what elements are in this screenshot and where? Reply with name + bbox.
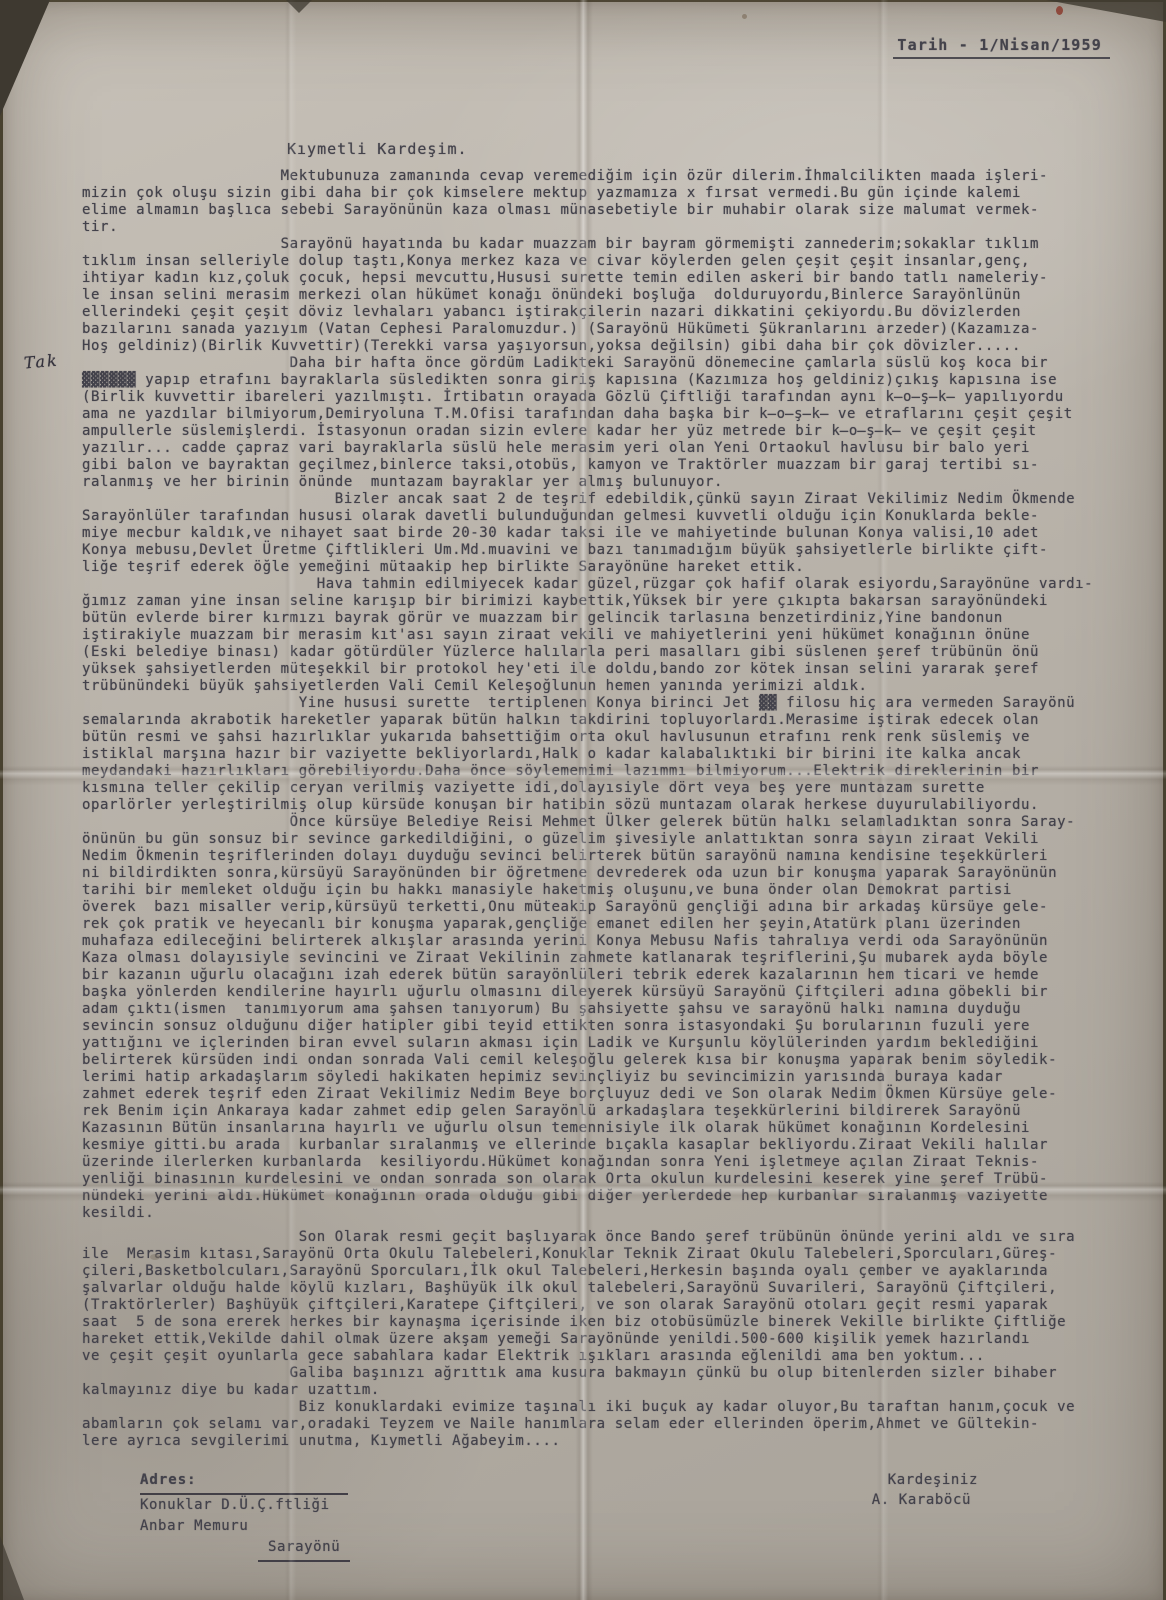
letter-content: Kıymetli Kardeşim. Mektubunuza zamanında… [0, 0, 1166, 1562]
signature-name: A. Karaböcü [872, 1490, 978, 1510]
letter-line: başka yönlerden kendilerine hayırlı uğur… [82, 984, 1128, 1001]
letter-line: Sarayönü hayatında bu kadar muazzam bir … [82, 236, 1128, 253]
letter-line: bir kazanın uğurlu olacağını izah ederek… [82, 967, 1128, 984]
letter-line: belirterek kürsüden indi ondan sonrada V… [82, 1052, 1128, 1069]
letter-line: rek çok pratik ve heyecanlı bir konuşma … [82, 916, 1128, 933]
letter-line: Bizler ancak saat 2 de teşrif edebildik,… [82, 491, 1128, 508]
letter-line: ni bildirdikten sonra,kürsüyü Sarayönünd… [82, 865, 1128, 882]
address-line: Konuklar D.Ü.Ç.ftliği [140, 1495, 350, 1516]
letter-line: yüksek şahsiyetlerden müteşekkil bir pro… [82, 661, 1128, 678]
letter-line: nündeki yerini aldı.Hükümet konağının or… [82, 1188, 1128, 1205]
letter-line: mizin çok oluşu sizin gibi daha bir çok … [82, 185, 1128, 202]
letter-photo: Tarih - 1/Nisan/1959 Kıymetli Kardeşim. … [0, 0, 1166, 1600]
letter-line: zahmet ederek teşrif eden Ziraat Vekilim… [82, 1086, 1128, 1103]
letter-line: överek bazı misaller verip,kürsüyü terke… [82, 899, 1128, 916]
letter-line: liğe teşrif ederek öğle yemeğini mütaaki… [82, 559, 1128, 576]
letter-line: ama ne yazdılar bilmiyorum,Demiryoluna T… [82, 406, 1128, 423]
letter-line: le insan selini merasim merkezi olan hük… [82, 287, 1128, 304]
letter-line: rek Benim için Ankaraya kadar zahmet edi… [82, 1103, 1128, 1120]
letter-line: bazılarını sanada yazıyım (Vatan Cephesi… [82, 321, 1128, 338]
paragraph: Mektubunuza zamanında cevap veremediğim … [82, 168, 1128, 236]
letter-line: abamların çok selamı var,oradaki Teyzem … [82, 1416, 1128, 1433]
address-label: Adres: [140, 1470, 348, 1495]
letter-line: Daha bir hafta önce gördüm Ladikteki Sar… [82, 355, 1128, 372]
letter-line: (Eski belediye binası) kadar götürdüler … [82, 644, 1128, 661]
letter-line: yattığını ve içlerinden biran evvel sula… [82, 1035, 1128, 1052]
address-block: Adres: Konuklar D.Ü.Ç.ftliği Anbar Memur… [140, 1470, 350, 1562]
letter-line: lere ayrıca sevgilerimi unutma, Kıymetli… [82, 1433, 1128, 1450]
letter-line: Yine hususi surette tertiplenen Konya bi… [82, 695, 1128, 712]
paragraph: Galiba başınızı ağrıttık ama kusura bakm… [82, 1365, 1128, 1399]
letter-line: ile Merasim kıtası,Sarayönü Orta Okulu T… [82, 1246, 1128, 1263]
letter-line: Kaza olması dolayısiyle sevincini ve Zir… [82, 950, 1128, 967]
letter-line: gibi balon ve bayraktan geçilmez,binlerc… [82, 457, 1128, 474]
letter-footer: Adres: Konuklar D.Ü.Ç.ftliği Anbar Memur… [82, 1470, 1128, 1562]
letter-line: yazılır... cadde çapraz vari bayraklarla… [82, 440, 1128, 457]
letter-line: Önce kürsüye Belediye Reisi Mehmet Ülker… [82, 814, 1128, 831]
letter-line: saat 5 de sona ererek herkes bir kaynaşm… [82, 1314, 1128, 1331]
letter-line: semalarında akrabotik hareketler yaparak… [82, 712, 1128, 729]
letter-line: ampullerle süslemişlerdi. İstasyonun ora… [82, 423, 1128, 440]
letter-line: trübünündeki büyük şahsiyetlerden Vali C… [82, 678, 1128, 695]
letter-line: tarihi bir memleket olduğu için bu hakkı… [82, 882, 1128, 899]
letter-line: kalmayınız diye bu kadar uzattım. [82, 1382, 1128, 1399]
letter-line: Galiba başınızı ağrıttık ama kusura bakm… [82, 1365, 1128, 1382]
letter-line: Son Olarak resmi geçit başlıyarak önce B… [82, 1229, 1128, 1246]
signature-role: Kardeşiniz [872, 1470, 978, 1490]
letter-line: (Traktörlerler) Başhüyük çiftçileri,Kara… [82, 1297, 1128, 1314]
letter-line: istiklal marşına hazır bir vaziyette bek… [82, 746, 1128, 763]
letter-line: ellerindeki çeşit çeşit döviz levhaları … [82, 304, 1128, 321]
letter-line: bütün evlerde birer kırmızı bayrak görür… [82, 610, 1128, 627]
letter-line: elime almamın başlıca sebebi Sarayönünün… [82, 202, 1128, 219]
letter-line: kesildi. [82, 1205, 1128, 1222]
letter-line: hareket ettik,Vekilde dahil olmak üzere … [82, 1331, 1128, 1348]
letter-line: bütün resmi ve şahsi hazırlıklar yukarıd… [82, 729, 1128, 746]
letter-line: Hava tahmin edilmiyecek kadar güzel,rüzg… [82, 576, 1128, 593]
letter-line: çileri,Basketbolcuları,Sarayönü Sporcula… [82, 1263, 1128, 1280]
letter-line: üzerinde ilerlerken kurbanlarda kesiliyo… [82, 1154, 1128, 1171]
paragraph: Son Olarak resmi geçit başlıyarak önce B… [82, 1229, 1128, 1365]
letter-line: şalvarlar olduğu halde köylü kızları, Ba… [82, 1280, 1128, 1297]
salutation: Kıymetli Kardeşim. [287, 140, 1128, 158]
letter-line: Biz konuklardaki evimize taşınalı iki bu… [82, 1399, 1128, 1416]
letter-line: Mektubunuza zamanında cevap veremediğim … [82, 168, 1128, 185]
letter-line: sevincin sonsuz olduğunu diğer hatipler … [82, 1018, 1128, 1035]
letter-line: adam çıktı(ismen tanımıyorum ama şahsen … [82, 1001, 1128, 1018]
letter-line: miye mecbur kaldık,ve nihayet saat birde… [82, 525, 1128, 542]
letter-line: (Birlik kuvvettir ibareleri yazılmıştı. … [82, 389, 1128, 406]
letter-line: lerimi hatip arkadaşlarım söyledi hakika… [82, 1069, 1128, 1086]
letter-line: ihtiyar kadın kız,çoluk çocuk, hepsi mev… [82, 270, 1128, 287]
letter-line: Konya mebusu,Devlet Üretme Çiftlikleri U… [82, 542, 1128, 559]
letter-line: Hoş geldiniz)(Birlik Kuvvettir)(Terekki … [82, 338, 1128, 355]
letter-line: kısmına teller çekilip ceryan verilmiş v… [82, 780, 1128, 797]
paragraph: Yine hususi surette tertiplenen Konya bi… [82, 695, 1128, 814]
letter-line: tir. [82, 219, 1128, 236]
letter-line: meydandaki hazırlıkları görebiliyordu.Da… [82, 763, 1128, 780]
letter-line: önünün bu gün sonsuz bir sevince garkedi… [82, 831, 1128, 848]
paragraph: Tak Daha bir hafta önce gördüm Ladikteki… [82, 355, 1128, 491]
letter-line: iştirakiyle muazzam bir merasim kıt'ası … [82, 627, 1128, 644]
address-line: Anbar Memuru [140, 1516, 350, 1537]
letter-line: tıklım insan selleriyle dolup taştı,Kony… [82, 253, 1128, 270]
letter-line: kesmiye gitti.bu arada kurbanlar sıralan… [82, 1137, 1128, 1154]
letter-line: ğımız zaman yine insan seline karışıp bi… [82, 593, 1128, 610]
letter-line: oparlörler yerleştirilmiş olup kürsüde k… [82, 797, 1128, 814]
letter-line: Kazasının Bütün insanlarına hayırlı ve u… [82, 1120, 1128, 1137]
paragraph: Sarayönü hayatında bu kadar muazzam bir … [82, 236, 1128, 355]
address-city: Sarayönü [258, 1537, 350, 1562]
letter-line: yenliği binasının kurdelesini ve ondan s… [82, 1171, 1128, 1188]
signature-block: Kardeşiniz A. Karaböcü [872, 1470, 978, 1562]
paragraph: Hava tahmin edilmiyecek kadar güzel,rüzg… [82, 576, 1128, 695]
paragraph: Önce kürsüye Belediye Reisi Mehmet Ülker… [82, 814, 1128, 1222]
letter-body: Mektubunuza zamanında cevap veremediğim … [82, 168, 1128, 1450]
paragraph: Biz konuklardaki evimize taşınalı iki bu… [82, 1399, 1128, 1450]
letter-line: muhafaza edileceğini belirterek alkışlar… [82, 933, 1128, 950]
paragraph: Bizler ancak saat 2 de teşrif edebildik,… [82, 491, 1128, 576]
letter-line: Nedim Ökmenin teşriflerinden dolayı duyd… [82, 848, 1128, 865]
letter-line: ▓▓▓▓▓▓ yapıp etrafını bayraklarla süsled… [82, 372, 1128, 389]
letter-line: Sarayönlüler tarafından hususi olarak da… [82, 508, 1128, 525]
letter-line: ve çeşit çeşit oyunlarla gece sabahlara … [82, 1348, 1128, 1365]
letter-line: ralanmış ve her birinin önünde muntazam … [82, 474, 1128, 491]
handwritten-margin-note: Tak [23, 351, 59, 373]
